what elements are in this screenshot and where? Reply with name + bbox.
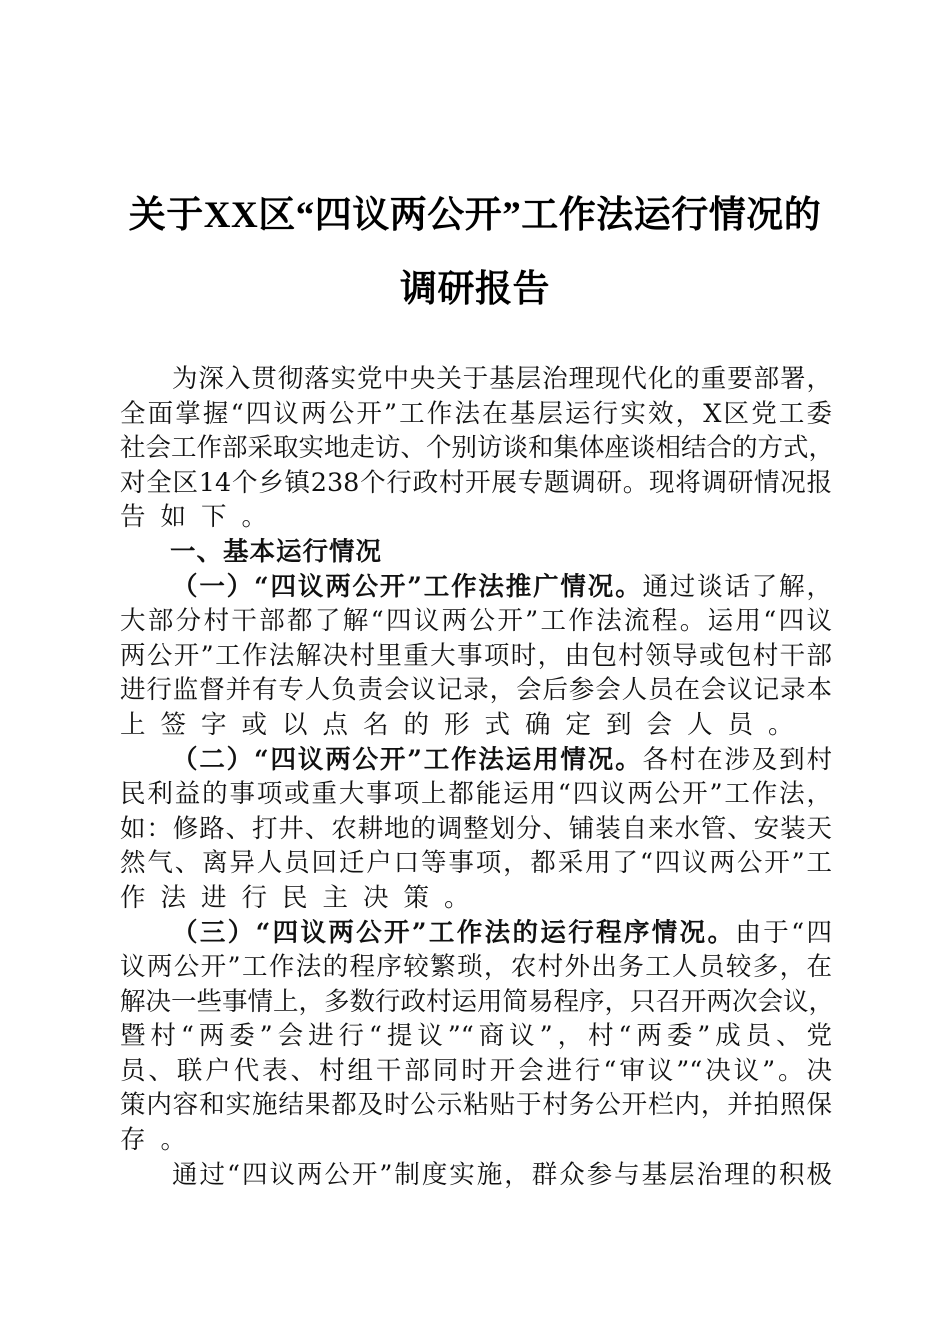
subsection-1-line: 大部分村干部都了解“四议两公开”工作法流程。运用“四议 xyxy=(120,604,832,639)
subsection-3-line: 存。 xyxy=(120,1123,832,1158)
document-page: 关于XX区“四议两公开”工作法运行情况的 调研报告 为深入贯彻落实党中央关于基层… xyxy=(0,0,950,1344)
closing-paragraph-line: 通过“四议两公开”制度实施，群众参与基层治理的积极 xyxy=(120,1158,832,1193)
subsection-1-line: 进行监督并有专人负责会议记录，会后参会人员在会议记录本 xyxy=(120,673,832,708)
subsection-2-text: 各村在涉及到村 xyxy=(642,745,832,775)
document-body: 为深入贯彻落实党中央关于基层治理现代化的重要部署， 全面掌握“四议两公开”工作法… xyxy=(120,362,832,1192)
subsection-3-line: 议两公开”工作法的程序较繁琐，农村外出务工人员较多，在 xyxy=(120,950,832,985)
subsection-1-text: 通过谈话了解， xyxy=(642,572,832,602)
subsection-3-line: 暨村“两委”会进行“提议”“商议”，村“两委”成员、党 xyxy=(120,1019,832,1054)
subsection-2-line: 作法进行民主决策。 xyxy=(120,881,832,916)
subsection-1-line: 上签字或以点名的形式确定到会人员。 xyxy=(120,708,832,743)
subsection-2-line: 民利益的事项或重大事项上都能运用“四议两公开”工作法， xyxy=(120,777,832,812)
subsection-1-lead: （一）“四议两公开”工作法推广情况。 xyxy=(172,572,642,602)
subsection-2-first-line: （二）“四议两公开”工作法运用情况。各村在涉及到村 xyxy=(120,743,832,778)
subsection-3-line: 解决一些事情上，多数行政村运用简易程序，只召开两次会议， xyxy=(120,985,832,1020)
subsection-1-line: 两公开”工作法解决村里重大事项时，由包村领导或包村干部 xyxy=(120,639,832,674)
document-title-line-2: 调研报告 xyxy=(0,268,950,312)
section-heading: 一、基本运行情况 xyxy=(120,535,832,570)
intro-paragraph-line: 对全区14个乡镇238个行政村开展专题调研。现将调研情况报 xyxy=(120,466,832,501)
subsection-3-line: 员、联户代表、村组干部同时开会进行“审议”“决议”。决 xyxy=(120,1054,832,1089)
subsection-2-line: 如：修路、打井、农耕地的调整划分、铺装自来水管、安装天 xyxy=(120,812,832,847)
subsection-3-first-line: （三）“四议两公开”工作法的运行程序情况。由于“四 xyxy=(120,916,832,951)
document-title-line-1: 关于XX区“四议两公开”工作法运行情况的 xyxy=(0,194,950,238)
intro-paragraph-line: 社会工作部采取实地走访、个别访谈和集体座谈相结合的方式， xyxy=(120,431,832,466)
subsection-2-line: 然气、离异人员回迁户口等事项，都采用了“四议两公开”工 xyxy=(120,846,832,881)
intro-paragraph-line: 告如下。 xyxy=(120,500,832,535)
subsection-2-lead: （二）“四议两公开”工作法运用情况。 xyxy=(172,745,642,775)
subsection-3-text: 由于“四 xyxy=(735,918,832,948)
intro-paragraph-line: 为深入贯彻落实党中央关于基层治理现代化的重要部署， xyxy=(120,362,832,397)
intro-paragraph-line: 全面掌握“四议两公开”工作法在基层运行实效，X区党工委 xyxy=(120,397,832,432)
subsection-1-first-line: （一）“四议两公开”工作法推广情况。通过谈话了解， xyxy=(120,570,832,605)
subsection-3-lead: （三）“四议两公开”工作法的运行程序情况。 xyxy=(172,918,735,948)
subsection-3-line: 策内容和实施结果都及时公示粘贴于村务公开栏内，并拍照保 xyxy=(120,1088,832,1123)
